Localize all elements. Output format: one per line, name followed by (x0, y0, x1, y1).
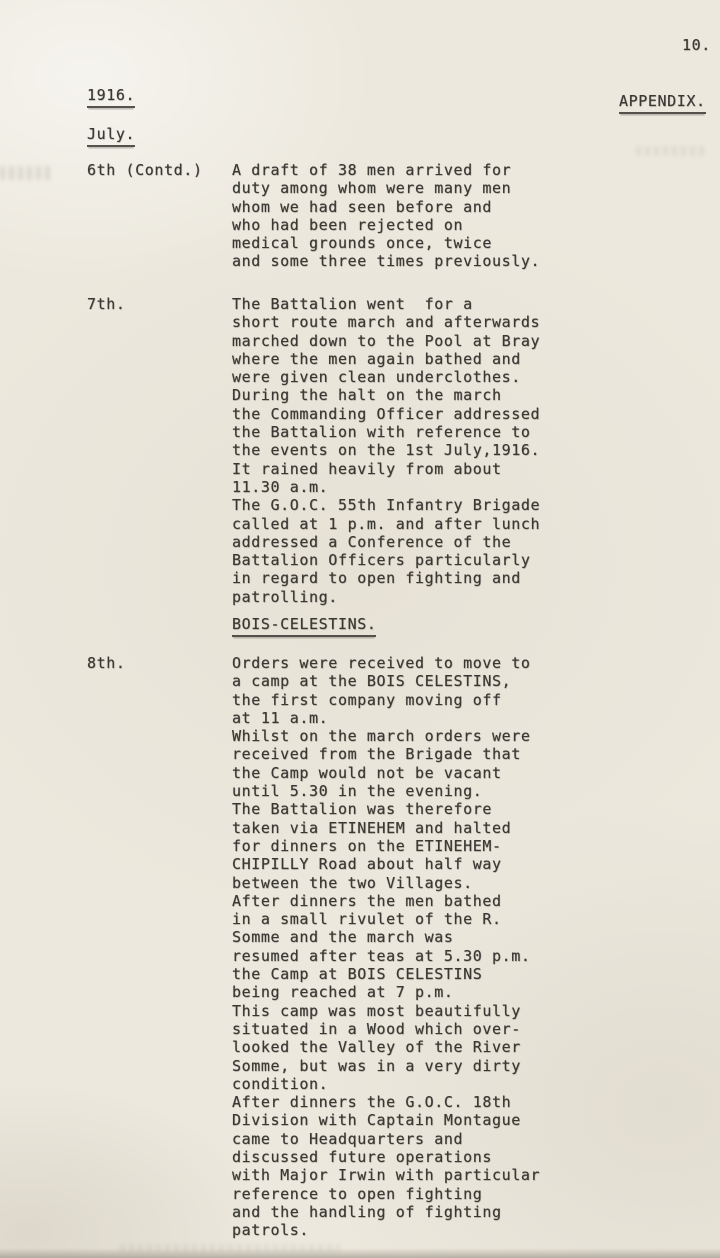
scanned-war-diary-page: 10. 1916. APPENDIX. July. 6th (Contd.) A… (0, 0, 720, 1258)
entry-date: 8th. (87, 654, 126, 672)
month-heading: July. (87, 125, 135, 147)
page-number: 10. (682, 36, 711, 54)
appendix-heading: APPENDIX. (619, 92, 706, 114)
entry-text: The Battalion went for a short route mar… (232, 295, 720, 606)
diary-entry-8th: 8th. Orders were received to move to a c… (0, 654, 720, 1240)
bleed-through-smudge (120, 1244, 340, 1252)
year-heading: 1916. (87, 86, 135, 108)
entry-text: A draft of 38 men arrived for duty among… (232, 161, 720, 271)
entry-text: Orders were received to move to a camp a… (232, 654, 720, 1240)
entry-date: 6th (Contd.) (87, 161, 203, 179)
section-heading-bois-celestins: BOIS-CELESTINS. (232, 615, 376, 637)
diary-entry-7th: 7th. The Battalion went for a short rout… (0, 295, 720, 606)
diary-entry-6th: 6th (Contd.) A draft of 38 men arrived f… (0, 161, 720, 271)
entry-date: 7th. (87, 295, 126, 313)
bleed-through-smudge (636, 146, 706, 156)
